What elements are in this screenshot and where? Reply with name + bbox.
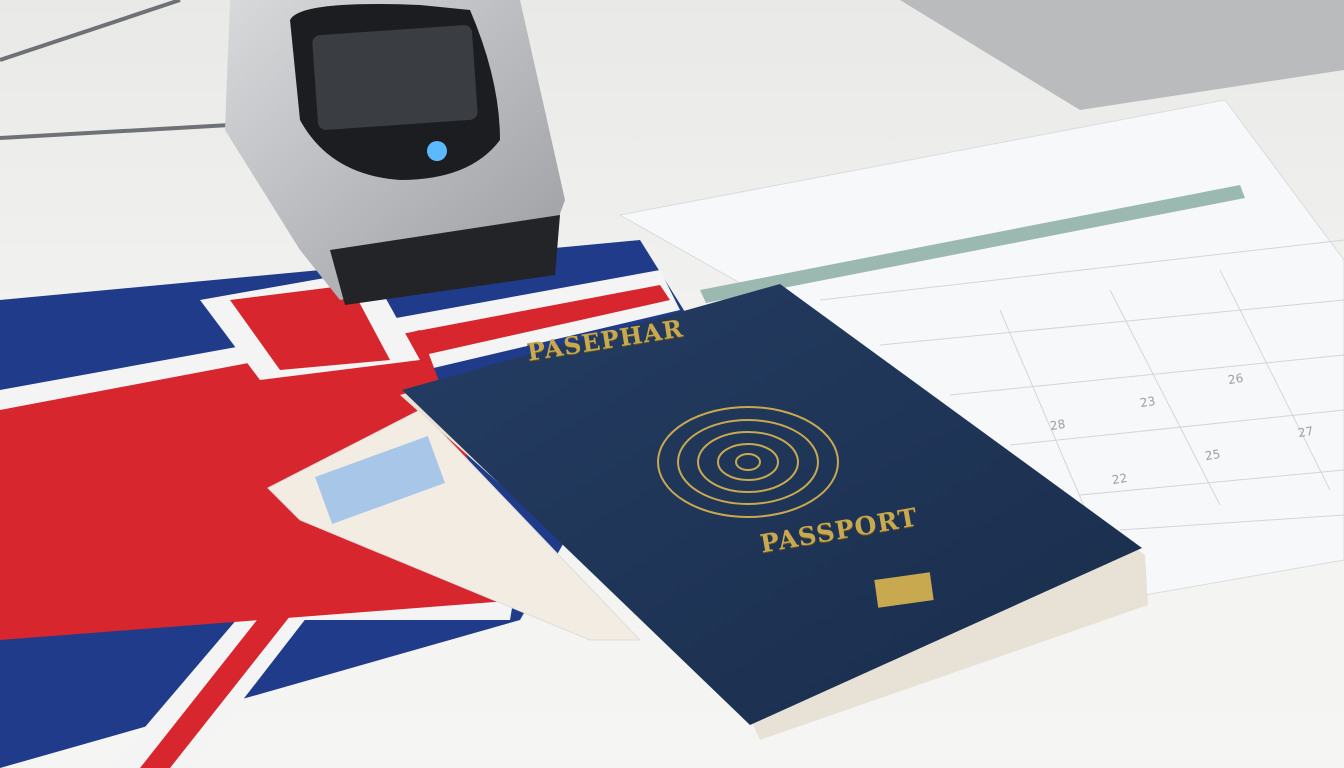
calendar-day: 27 — [1297, 424, 1314, 440]
fingerprint-scanner — [225, 0, 565, 305]
calendar-day: 25 — [1204, 447, 1221, 463]
calendar-day: 28 — [1049, 417, 1066, 433]
laptop-corner — [900, 0, 1344, 110]
calendar-day: 26 — [1227, 371, 1244, 387]
calendar-day: 22 — [1111, 471, 1128, 487]
scene-illustration — [0, 0, 1344, 768]
photo-scene: PASEPHAR PASSPORT 28 23 25 26 27 22 — [0, 0, 1344, 768]
calendar-day: 23 — [1139, 394, 1156, 410]
